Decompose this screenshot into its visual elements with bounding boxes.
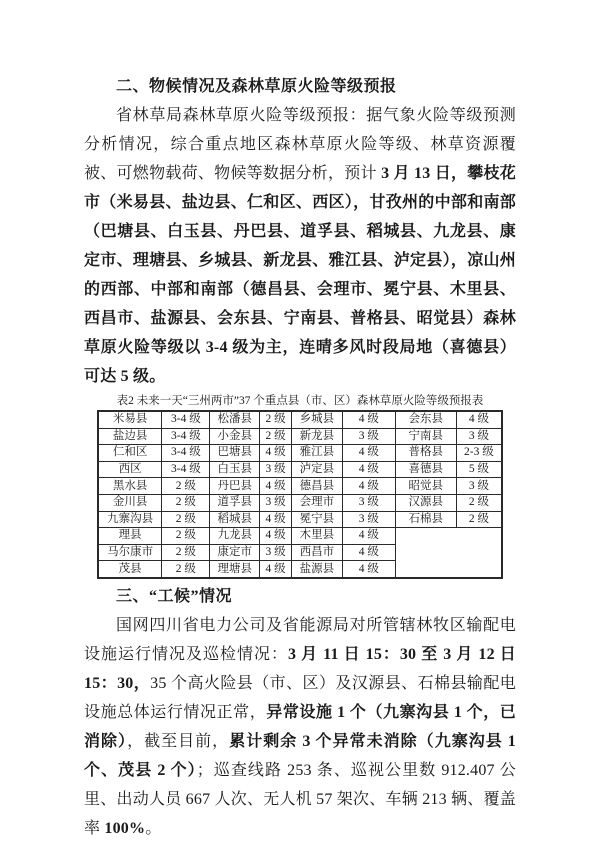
table-cell: 3 级 (260, 544, 292, 561)
table-cell: 白玉县 (210, 461, 260, 478)
table-cell: 理塘县 (210, 561, 260, 578)
table-cell: 3-4 级 (162, 411, 210, 428)
text-segment: 。 (145, 820, 161, 837)
table-cell: 米易县 (98, 411, 162, 428)
table-cell: 3 级 (342, 511, 395, 528)
table-cell: 4 级 (342, 528, 395, 545)
table-cell: 丹巴县 (210, 478, 260, 495)
table-cell: 九寨沟县 (98, 511, 162, 528)
document-page: 二、物候情况及森林草原火险等级预报 省林草局森林草原火险等级预报：据气象火险等级… (0, 0, 600, 848)
table-cell: 石棉县 (395, 511, 456, 528)
table-cell: 2 级 (162, 511, 210, 528)
table-cell: 2 级 (162, 478, 210, 495)
table-row: 西区3-4 级白玉县3 级泸定县4 级喜德县5 级 (98, 461, 502, 478)
table-cell: 4 级 (260, 445, 292, 462)
table-cell: 普格县 (395, 445, 456, 462)
table-cell: 3 级 (342, 428, 395, 445)
table-cell: 道孚县 (210, 494, 260, 511)
table-row: 金川县2 级道孚县3 级会理市3 级汉源县2 级 (98, 494, 502, 511)
table-cell: 九龙县 (210, 528, 260, 545)
table-cell: 新龙县 (291, 428, 342, 445)
table-cell: 昭觉县 (395, 478, 456, 495)
table-cell: 冕宁县 (291, 511, 342, 528)
paragraph-fire-danger-forecast: 省林草局森林草原火险等级预报：据气象火险等级预测分析情况，综合重点地区森林草原火… (84, 101, 516, 391)
table-cell: 康定市 (210, 544, 260, 561)
section-heading-working-conditions: 三、“工候”情况 (84, 582, 516, 611)
table-cell: 木里县 (291, 528, 342, 545)
table-cell: 4 级 (342, 478, 395, 495)
table-cell: 2 级 (162, 544, 210, 561)
table-cell: 4 级 (342, 561, 395, 578)
table-cell: 西昌市 (291, 544, 342, 561)
table-cell: 2 级 (260, 428, 292, 445)
table-cell: 4 级 (260, 511, 292, 528)
table-cell: 德昌县 (291, 478, 342, 495)
table-cell: 4 级 (456, 411, 502, 428)
table-cell: 4 级 (342, 544, 395, 561)
table-cell: 2 级 (162, 528, 210, 545)
table-cell: 马尔康市 (98, 544, 162, 561)
table-cell: 小金县 (210, 428, 260, 445)
table-cell (395, 528, 502, 578)
table-cell: 理县 (98, 528, 162, 545)
fire-danger-level-table: 米易县3-4 级松潘县2 级乡城县4 级会东县4 级盐边县3-4 级小金县2 级… (97, 410, 503, 579)
table-row: 米易县3-4 级松潘县2 级乡城县4 级会东县4 级 (98, 411, 502, 428)
table-cell: 4 级 (342, 461, 395, 478)
table-cell: 5 级 (456, 461, 502, 478)
table-cell: 金川县 (98, 494, 162, 511)
table-cell: 2 级 (260, 411, 292, 428)
table-cell: 黑水县 (98, 478, 162, 495)
table-cell: 4 级 (260, 561, 292, 578)
table-cell: 乡城县 (291, 411, 342, 428)
table-cell: 4 级 (260, 528, 292, 545)
table-cell: 会理市 (291, 494, 342, 511)
table-row: 盐边县3-4 级小金县2 级新龙县3 级宁南县3 级 (98, 428, 502, 445)
table-row: 仁和区3-4 级巴塘县4 级雅江县4 级普格县2-3 级 (98, 445, 502, 462)
table-cell: 2 级 (456, 494, 502, 511)
paragraph-power-grid-inspection: 国网四川省电力公司及省能源局对所管辖林牧区输配电设施运行情况及巡检情况：3 月 … (84, 611, 516, 843)
table-cell: 雅江县 (291, 445, 342, 462)
table-cell: 3 级 (342, 494, 395, 511)
table-cell: 3-4 级 (162, 445, 210, 462)
bold-text-segment: 3 月 13 日，攀枝花市（米易县、盐边县、仁和区、西区），甘孜州的中部和南部（… (84, 165, 516, 385)
table-cell: 盐边县 (98, 428, 162, 445)
section-heading-phenology-fire-danger: 二、物候情况及森林草原火险等级预报 (84, 72, 516, 101)
table-cell: 宁南县 (395, 428, 456, 445)
table-cell: 4 级 (342, 411, 395, 428)
text-segment: ，截至目前， (127, 733, 229, 750)
table-cell: 3-4 级 (162, 461, 210, 478)
table-cell: 汉源县 (395, 494, 456, 511)
bold-text-segment: 100% (104, 820, 145, 837)
fire-danger-table-body: 米易县3-4 级松潘县2 级乡城县4 级会东县4 级盐边县3-4 级小金县2 级… (98, 411, 502, 578)
table-row: 九寨沟县2 级稻城县4 级冕宁县3 级石棉县2 级 (98, 511, 502, 528)
table-cell: 2-3 级 (456, 445, 502, 462)
table-row: 理县2 级九龙县4 级木里县4 级 (98, 528, 502, 545)
table-cell: 3 级 (260, 461, 292, 478)
table-cell: 2 级 (162, 561, 210, 578)
table-title: 表2 未来一天“三州两市”37 个重点县（市、区）森林草原火险等级预报表 (84, 394, 516, 408)
table-cell: 会东县 (395, 411, 456, 428)
table-cell: 2 级 (456, 511, 502, 528)
table-cell: 稻城县 (210, 511, 260, 528)
table-cell: 松潘县 (210, 411, 260, 428)
table-cell: 4 级 (342, 445, 395, 462)
table-cell: 3-4 级 (162, 428, 210, 445)
table-cell: 3 级 (260, 494, 292, 511)
table-cell: 3 级 (456, 428, 502, 445)
table-cell: 2 级 (162, 494, 210, 511)
table-row: 黑水县2 级丹巴县4 级德昌县4 级昭觉县3 级 (98, 478, 502, 495)
table-cell: 巴塘县 (210, 445, 260, 462)
table-cell: 西区 (98, 461, 162, 478)
table-cell: 4 级 (260, 478, 292, 495)
table-cell: 泸定县 (291, 461, 342, 478)
table-cell: 茂县 (98, 561, 162, 578)
table-cell: 3 级 (456, 478, 502, 495)
table-cell: 仁和区 (98, 445, 162, 462)
table-cell: 喜德县 (395, 461, 456, 478)
table-cell: 盐源县 (291, 561, 342, 578)
